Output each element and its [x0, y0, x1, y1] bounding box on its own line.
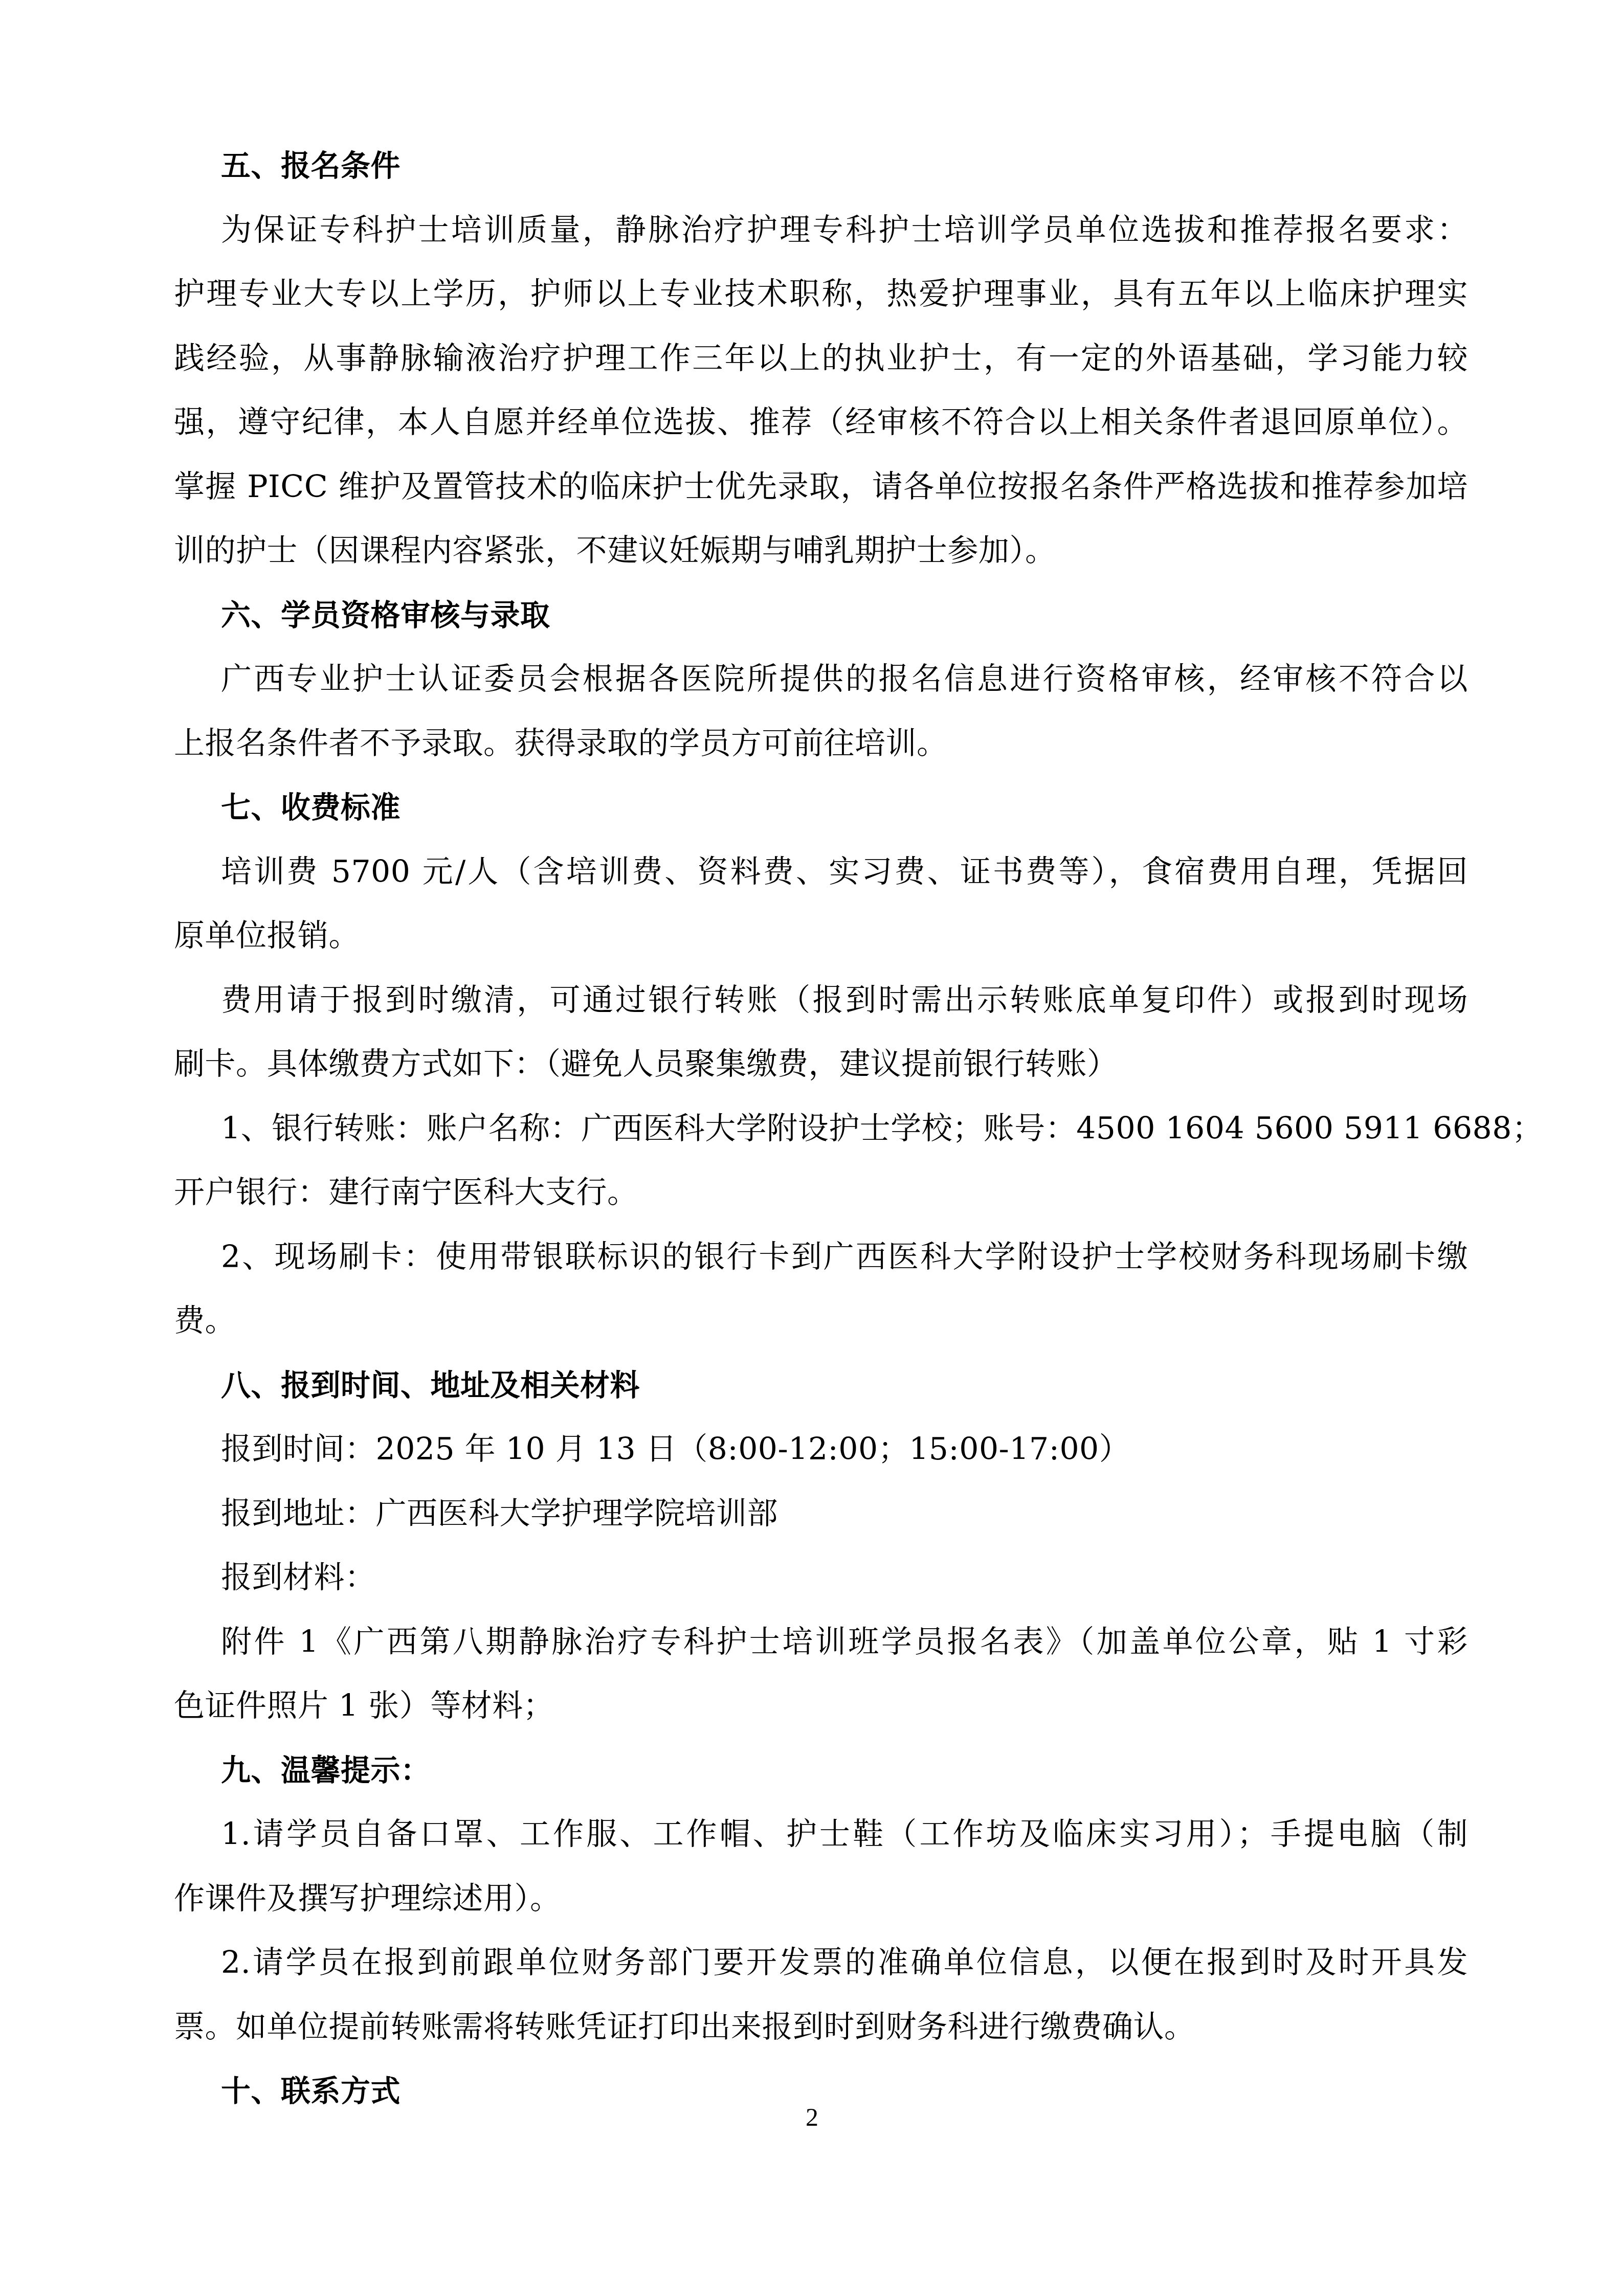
card-payment-line: 2、现场刷卡：使用带银联标识的银行卡到广西医科大学附设护士学校财务科现场刷卡缴	[174, 1225, 1468, 1290]
paragraph-line: 作课件及撰写护理综述用）。	[174, 1867, 1468, 1931]
paragraph-line: 票。如单位提前转账需将转账凭证打印出来报到时到财务科进行缴费确认。	[174, 1995, 1468, 2060]
paragraph-line: 色证件照片 1 张）等材料；	[174, 1674, 1468, 1739]
registration-time: 报到时间：2025 年 10 月 13 日（8:00-12:00；15:00-1…	[174, 1417, 1468, 1482]
paragraph-line: 为保证专科护士培训质量，静脉治疗护理专科护士培训学员单位选拔和推荐报名要求：	[174, 198, 1468, 263]
section-heading: 六、学员资格审核与录取	[174, 583, 1468, 648]
section-heading: 八、报到时间、地址及相关材料	[174, 1354, 1468, 1418]
paragraph-line: 护理专业大专以上学历，护师以上专业技术职称，热爱护理事业，具有五年以上临床护理实	[174, 262, 1468, 327]
section-heading: 九、温馨提示：	[174, 1739, 1468, 1803]
paragraph-line: 费。	[174, 1289, 1468, 1354]
section-registration-requirements: 五、报名条件 为保证专科护士培训质量，静脉治疗护理专科护士培训学员单位选拔和推荐…	[174, 134, 1468, 583]
paragraph-line: 训的护士（因课程内容紧张，不建议妊娠期与哺乳期护士参加）。	[174, 519, 1468, 583]
section-qualification-review: 六、学员资格审核与录取 广西专业护士认证委员会根据各医院所提供的报名信息进行资格…	[174, 583, 1468, 776]
paragraph-line: 费用请于报到时缴清，可通过银行转账（报到时需出示转账底单复印件）或报到时现场	[174, 969, 1468, 1033]
registration-address: 报到地址：广西医科大学护理学院培训部	[174, 1482, 1468, 1546]
paragraph-line: 刷卡。具体缴费方式如下：（避免人员聚集缴费，建议提前银行转账）	[174, 1032, 1468, 1097]
registration-materials-label: 报到材料：	[174, 1546, 1468, 1610]
section-registration-info: 八、报到时间、地址及相关材料 报到时间：2025 年 10 月 13 日（8:0…	[174, 1354, 1468, 1739]
paragraph-line: 上报名条件者不予录取。获得录取的学员方可前往培训。	[174, 712, 1468, 776]
paragraph-line: 原单位报销。	[174, 904, 1468, 969]
reminder-item: 2.请学员在报到前跟单位财务部门要开发票的准确单位信息，以便在报到时及时开具发	[174, 1931, 1468, 1995]
bank-name-line: 开户银行：建行南宁医科大支行。	[174, 1161, 1468, 1225]
section-reminders: 九、温馨提示： 1.请学员自备口罩、工作服、工作帽、护士鞋（工作坊及临床实习用）…	[174, 1739, 1468, 2060]
bank-transfer-line: 1、银行转账：账户名称：广西医科大学附设护士学校；账号：4500 1604 56…	[174, 1097, 1468, 1161]
page-number: 2	[0, 2102, 1624, 2132]
paragraph-line: 广西专业护士认证委员会根据各医院所提供的报名信息进行资格审核，经审核不符合以	[174, 647, 1468, 712]
paragraph-line: 践经验，从事静脉输液治疗护理工作三年以上的执业护士，有一定的外语基础，学习能力较	[174, 327, 1468, 391]
document-page: 五、报名条件 为保证专科护士培训质量，静脉治疗护理专科护士培训学员单位选拔和推荐…	[0, 0, 1624, 2296]
attachment-line: 附件 1《广西第八期静脉治疗专科护士培训班学员报名表》（加盖单位公章，贴 1 寸…	[174, 1610, 1468, 1675]
section-heading: 五、报名条件	[174, 134, 1468, 198]
section-fee-standard: 七、收费标准 培训费 5700 元/人（含培训费、资料费、实习费、证书费等），食…	[174, 776, 1468, 1354]
document-body: 五、报名条件 为保证专科护士培训质量，静脉治疗护理专科护士培训学员单位选拔和推荐…	[174, 134, 1468, 2124]
paragraph-line: 培训费 5700 元/人（含培训费、资料费、实习费、证书费等），食宿费用自理，凭…	[174, 840, 1468, 905]
section-heading: 七、收费标准	[174, 776, 1468, 840]
paragraph-line: 掌握 PICC 维护及置管技术的临床护士优先录取，请各单位按报名条件严格选拔和推…	[174, 455, 1468, 520]
reminder-item: 1.请学员自备口罩、工作服、工作帽、护士鞋（工作坊及临床实习用）；手提电脑（制	[174, 1803, 1468, 1867]
paragraph-line: 强，遵守纪律，本人自愿并经单位选拔、推荐（经审核不符合以上相关条件者退回原单位）…	[174, 391, 1468, 455]
